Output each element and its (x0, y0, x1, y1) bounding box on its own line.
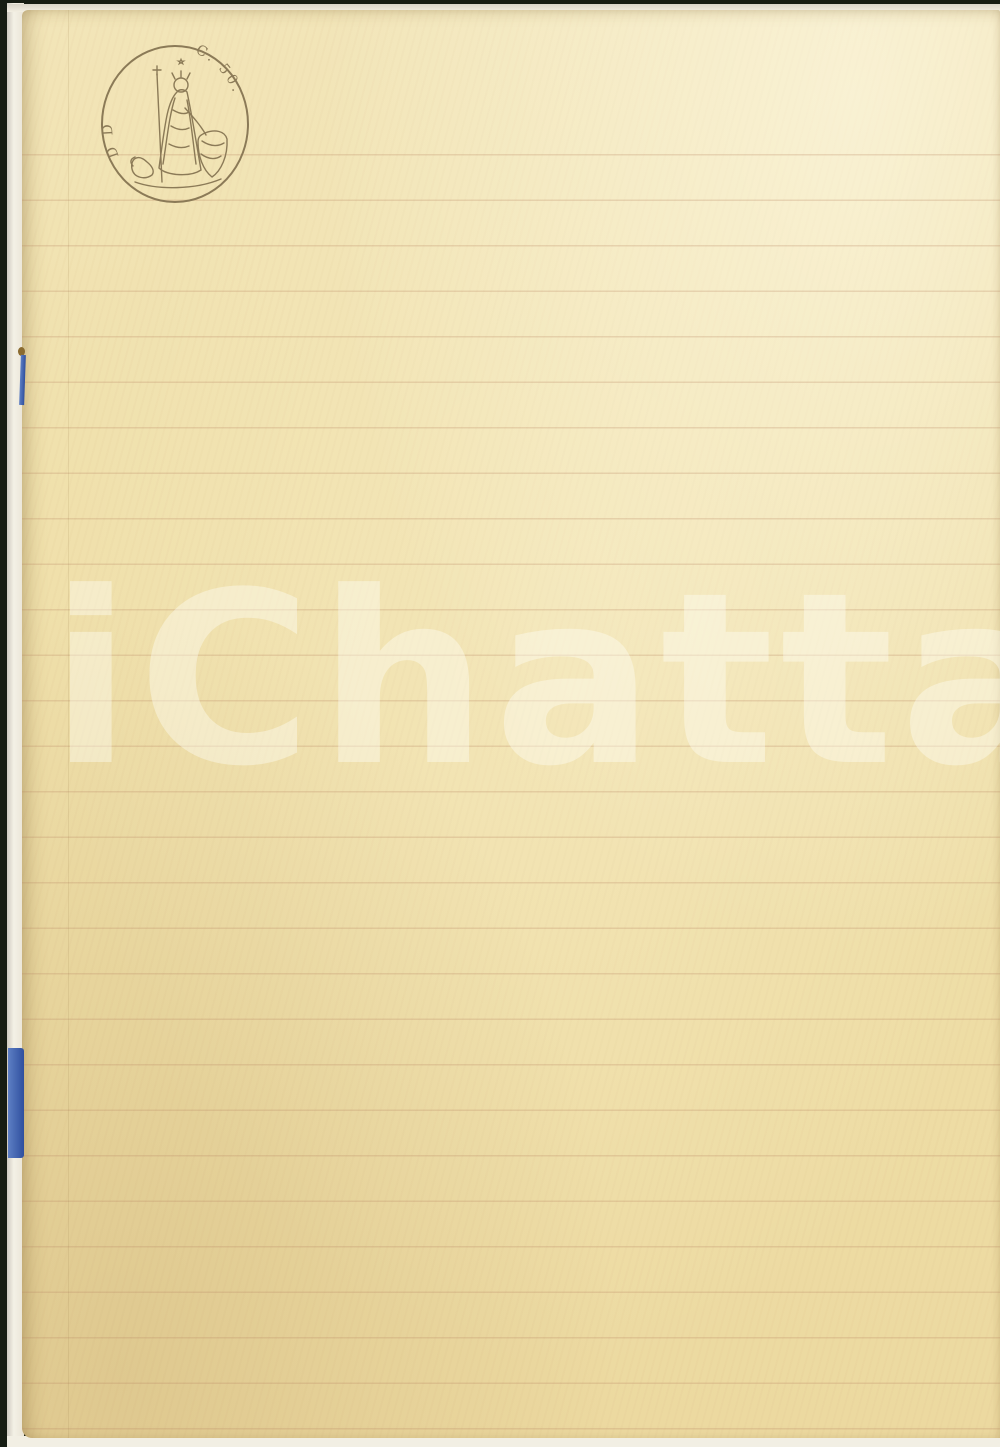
scanned-notarial-deed: { "page": { "number": "393" }, "stamp": … (0, 0, 1000, 1447)
svg-text:D D: D D (100, 121, 123, 160)
seal-italia-figure (131, 59, 227, 188)
seal-left-text: D D (100, 121, 123, 160)
archive-watermark: iChatta (50, 562, 1000, 800)
seal-right-text: C. 50. (193, 42, 245, 97)
margin-crease (68, 10, 69, 1438)
ruled-lines (22, 110, 1000, 1440)
revenue-stamp-seal: D D C. 50. (95, 40, 255, 208)
binding-ribbon (8, 1048, 24, 1158)
manuscript-page: iChatta (22, 10, 1000, 1438)
svg-text:C. 50.: C. 50. (193, 42, 245, 97)
